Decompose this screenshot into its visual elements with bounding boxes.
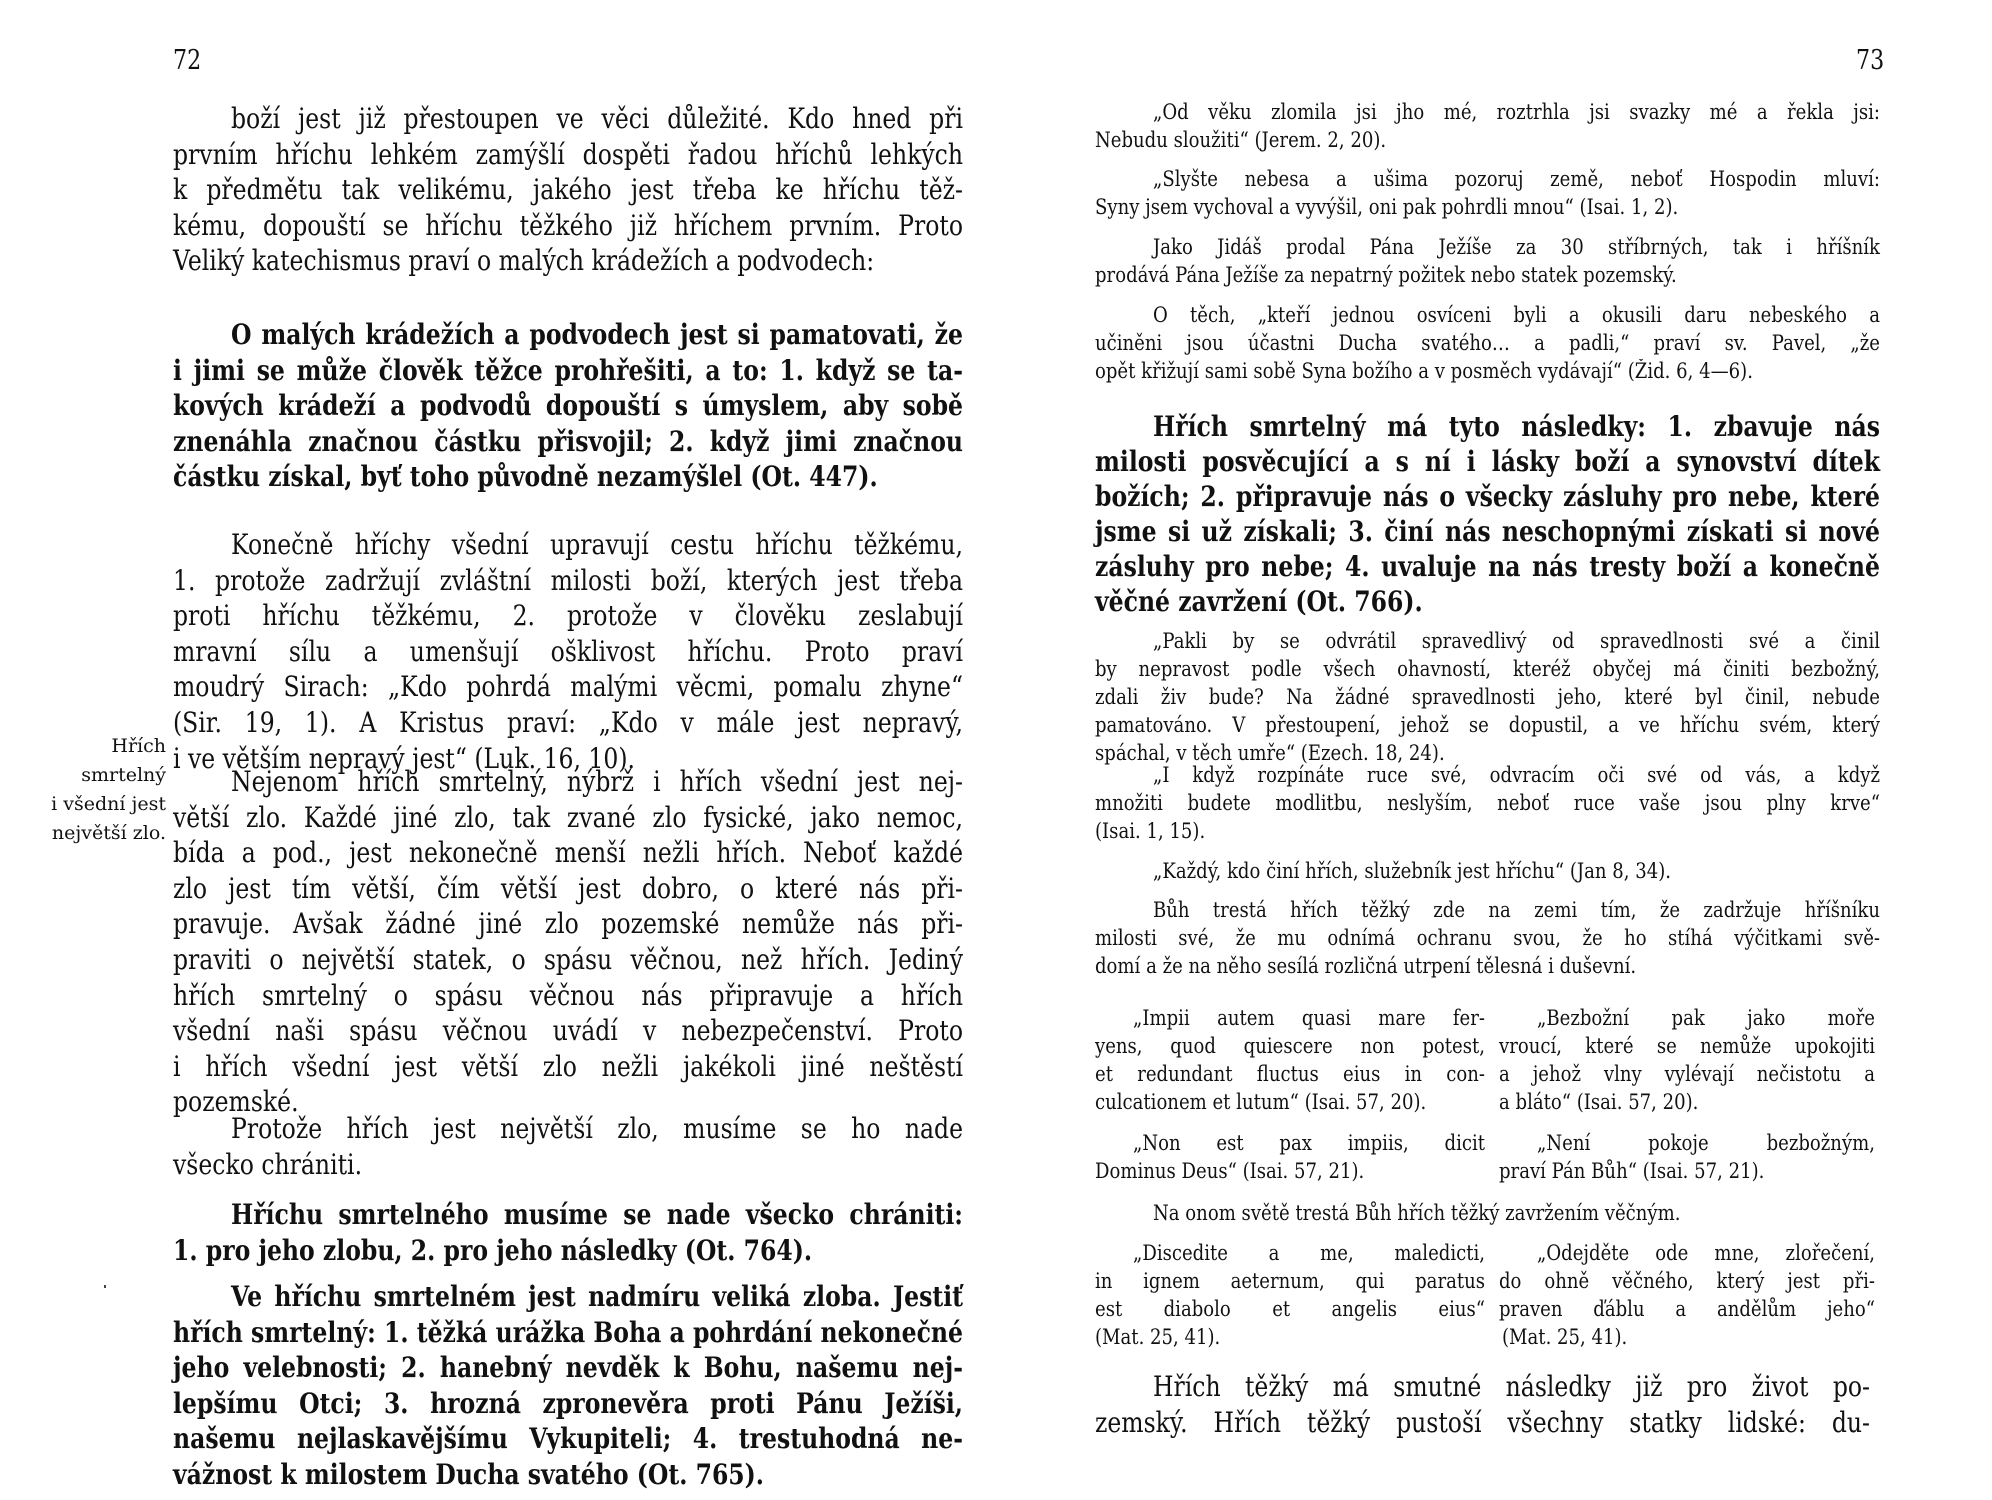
body-text-line: všecko chrániti.	[173, 1148, 963, 1182]
latin-quote-line: et redundant fluctus eius in con-	[1095, 1061, 1485, 1088]
latin-quote-line: (Mat. 25, 41).	[1095, 1324, 1485, 1351]
latin-quote-line: in ignem aeternum, qui paratus	[1095, 1268, 1485, 1295]
body-text-line: 1. protože zadržují zvláštní milosti bož…	[173, 564, 963, 598]
bold-text-line: milosti posvěcující a s ní i lásky boží …	[1095, 445, 1880, 479]
small-text-line: Jako Jidáš prodal Pána Ježíše za 30 stří…	[1153, 234, 1880, 261]
bold-text-line: částku získal, byť toho původně nezamýšl…	[173, 460, 963, 494]
czech-quote-line: „Není pokoje bezbožným,	[1537, 1130, 1875, 1157]
margin-note-line: Hřích	[26, 732, 166, 761]
body-text-line: kému, dopouští se hříchu těžkého již hří…	[173, 209, 963, 243]
right-page: 73 „Od věku zlomila jsi jho mé, roztrhla…	[996, 0, 1992, 1500]
body-text-line: všední naši spásu věčnou uvádí v nebezpe…	[173, 1014, 963, 1048]
body-text-line: zemský. Hřích těžký pustoší všechny stat…	[1095, 1406, 1870, 1440]
margin-note: Hřích smrtelný i všední jest největší zl…	[26, 732, 166, 848]
body-text-line: praviti o největší statek, o spásu věčno…	[173, 943, 963, 977]
bold-text-line: našemu nejlaskavějšímu Vykupiteli; 4. tr…	[173, 1422, 963, 1456]
czech-quote-line: „Odejděte ode mne, zlořečení,	[1537, 1240, 1875, 1267]
bold-text-line: věčné zavržení (Ot. 766).	[1095, 585, 1880, 619]
page-number-right: 73	[1856, 46, 1884, 76]
bold-text-line: lepšímu Otci; 3. hrozná zpronevěra proti…	[173, 1387, 963, 1421]
small-text-line: opět křižují sami sobě Syna božího a v p…	[1095, 358, 1880, 385]
latin-quote-line: Dominus Deus“ (Isai. 57, 21).	[1095, 1158, 1485, 1185]
small-text-line: „Slyšte nebesa a ušima pozoruj země, neb…	[1153, 166, 1880, 193]
body-text-line: Hřích těžký má smutné následky již pro ž…	[1153, 1370, 1870, 1404]
body-text-line: Nejenom hřích smrtelný, nýbrž i hřích vš…	[231, 765, 963, 799]
body-text-line: k předmětu tak velikému, jakého jest tře…	[173, 173, 963, 207]
latin-quote-line: „Impii autem quasi mare fer-	[1133, 1005, 1485, 1032]
book-spread: 72 Hřích smrtelný i všední jest největší…	[0, 0, 1992, 1500]
small-text-line: učiněni jsou účastni Ducha svatého… a pa…	[1095, 330, 1880, 357]
body-text-line: i hřích všední jest větší zlo nežli jaké…	[173, 1050, 963, 1084]
small-text-line: (Isai. 1, 15).	[1095, 818, 1880, 845]
czech-quote-line: vroucí, které se nemůže upokojiti	[1499, 1033, 1875, 1060]
body-text-line: zlo jest tím větší, čím větší jest dobro…	[173, 872, 963, 906]
bold-text-line: i jimi se může člověk těžce prohřešiti, …	[173, 354, 963, 388]
small-text-line: „Pakli by se odvrátil spravedlivý od spr…	[1153, 628, 1880, 655]
body-text-line: Konečně hříchy všední upravují cestu hří…	[231, 528, 963, 562]
body-text-line: větší zlo. Každé jiné zlo, tak zvané zlo…	[173, 801, 963, 835]
bold-text-line: zásluhy pro nebe; 4. uvaluje na nás tres…	[1095, 550, 1880, 584]
small-text-line: „I když rozpínáte ruce své, odvracím oči…	[1153, 762, 1880, 789]
small-text-line: „Od věku zlomila jsi jho mé, roztrhla js…	[1153, 99, 1880, 126]
small-text-line: Syny jsem vychoval a vyvýšil, oni pak po…	[1095, 194, 1880, 221]
bold-text-line: vážnost k milostem Ducha svatého (Ot. 76…	[173, 1458, 963, 1492]
margin-note-line: i všední jest	[26, 790, 166, 819]
czech-quote-line: praví Pán Bůh“ (Isai. 57, 21).	[1499, 1158, 1875, 1185]
small-text-line: prodává Pána Ježíše za nepatrný požitek …	[1095, 262, 1880, 289]
body-text-line: moudrý Sirach: „Kdo pohrdá malými věcmi,…	[173, 670, 963, 704]
margin-note-line: největší zlo.	[26, 819, 166, 848]
czech-quote-line: a bláto“ (Isai. 57, 20).	[1499, 1089, 1875, 1116]
czech-quote-line: a jehož vlny vylévají nečistotu a	[1499, 1061, 1875, 1088]
latin-quote-line: culcationem et lutum“ (Isai. 57, 20).	[1095, 1089, 1485, 1116]
small-text-line: O těch, „kteří jednou osvíceni byli a ok…	[1153, 302, 1880, 329]
bold-text-line: hřích smrtelný: 1. těžká urážka Boha a p…	[173, 1316, 963, 1350]
bold-text-line: Ve hříchu smrtelném jest nadmíru veliká …	[231, 1280, 963, 1314]
small-text-line: Bůh trestá hřích těžký zde na zemi tím, …	[1153, 897, 1880, 924]
body-text-line: bída a pod., jest nekonečně menší nežli …	[173, 836, 963, 870]
small-text-line: domí a že na něho sesílá rozličná utrpen…	[1095, 953, 1880, 980]
small-text-line: Nebudu sloužiti“ (Jerem. 2, 20).	[1095, 127, 1880, 154]
latin-quote-line: est diabolo et angelis eius“	[1095, 1296, 1485, 1323]
center-text-line: Na onom světě trestá Bůh hřích těžký zav…	[1153, 1200, 1695, 1227]
body-text-line: pravuje. Avšak žádné jiné zlo pozemské n…	[173, 907, 963, 941]
small-text-line: „Každý, kdo činí hřích, služebník jest h…	[1153, 858, 1880, 885]
bold-text-line: O malých krádežích a podvodech jest si p…	[231, 318, 963, 352]
body-text-line: Veliký katechismus praví o malých krádež…	[173, 244, 963, 278]
bold-text-line: znenáhla značnou částku přisvojil; 2. kd…	[173, 425, 963, 459]
czech-quote-line: do ohně věčného, který jest při-	[1499, 1268, 1875, 1295]
czech-quote-line: „Bezbožní pak jako moře	[1537, 1005, 1875, 1032]
bold-text-line: jsme si už získali; 3. činí nás neschopn…	[1095, 515, 1880, 549]
body-text-line: Protože hřích jest největší zlo, musíme …	[231, 1112, 963, 1146]
czech-quote-line: praven ďáblu a andělům jeho“	[1499, 1296, 1875, 1323]
small-text-line: milosti své, že mu odnímá ochranu svou, …	[1095, 925, 1880, 952]
body-text-line: mravní sílu a umenšují ošklivost hříchu.…	[173, 635, 963, 669]
bold-text-line: 1. pro jeho zlobu, 2. pro jeho následky …	[173, 1234, 963, 1268]
small-text-line: množiti budete modlitbu, neslyším, neboť…	[1095, 790, 1880, 817]
latin-quote-line: yens, quod quiescere non potest,	[1095, 1033, 1485, 1060]
latin-quote-line: „Discedite a me, maledicti,	[1133, 1240, 1485, 1267]
body-text-line: hřích smrtelný o spásu věčnou nás připra…	[173, 979, 963, 1013]
bold-text-line: jeho velebnosti; 2. hanebný nevděk k Boh…	[173, 1351, 963, 1385]
left-page: 72 Hřích smrtelný i všední jest největší…	[0, 0, 996, 1500]
margin-note-line: smrtelný	[26, 761, 166, 790]
latin-quote-line: „Non est pax impiis, dicit	[1133, 1130, 1485, 1157]
page-number-left: 72	[173, 46, 201, 76]
small-text-line: pamatováno. V přestoupení, jehož se dopu…	[1095, 712, 1880, 739]
body-text-line: (Sir. 19, 1). A Kristus praví: „Kdo v má…	[173, 706, 963, 740]
bold-text-line: božích; 2. připravuje nás o všecky záslu…	[1095, 480, 1880, 514]
small-text-line: by nepravost podle všech ohavností, kter…	[1095, 656, 1880, 683]
small-text-line: zdali živ bude? Na žádné spravedlnosti j…	[1095, 684, 1880, 711]
body-text-line: proti hříchu těžkému, 2. protože v člově…	[173, 599, 963, 633]
body-text-line: prvním hříchu lehkém zamýšlí dospěti řad…	[173, 138, 963, 172]
body-text-line: boží jest již přestoupen ve věci důležit…	[231, 102, 963, 136]
scan-speck	[104, 1285, 106, 1288]
bold-text-line: Hříchu smrtelného musíme se nade všecko …	[231, 1198, 963, 1232]
bold-text-line: kových krádeží a podvodů dopouští s úmys…	[173, 389, 963, 423]
bold-text-line: Hřích smrtelný má tyto následky: 1. zbav…	[1153, 410, 1880, 444]
czech-quote-line: (Mat. 25, 41).	[1502, 1324, 1875, 1351]
